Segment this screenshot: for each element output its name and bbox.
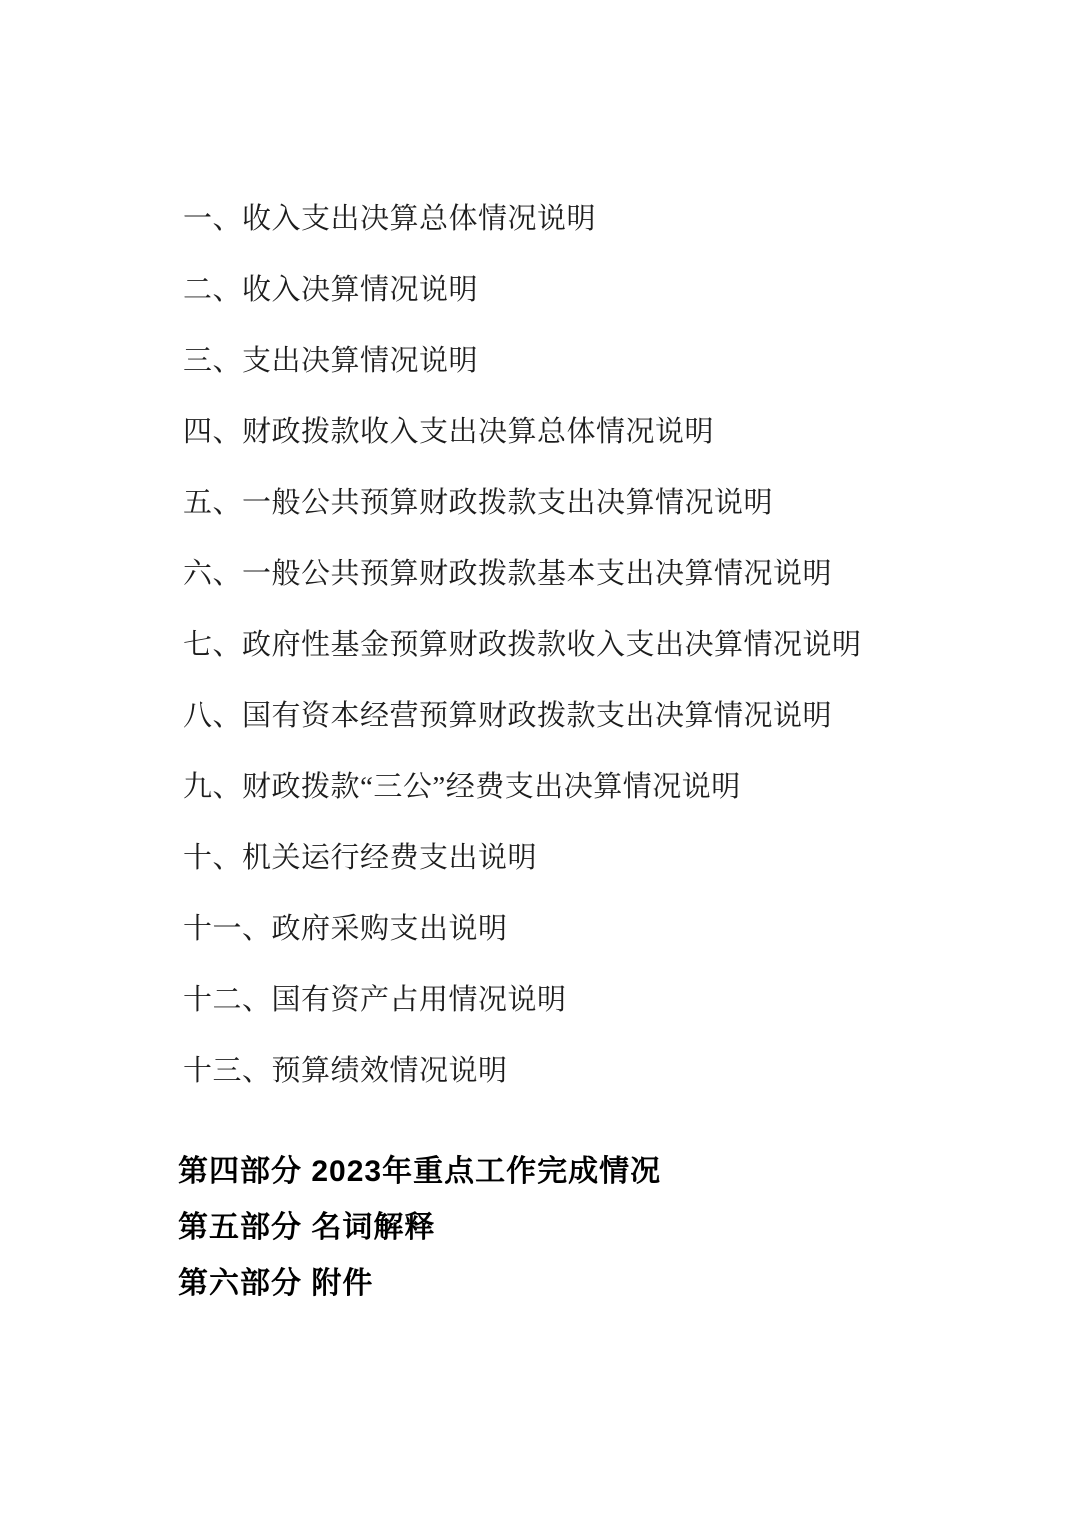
toc-list: 一、收入支出决算总体情况说明 二、收入决算情况说明 三、支出决算情况说明 四、财… (183, 184, 862, 1107)
document-page: 一、收入支出决算总体情况说明 二、收入决算情况说明 三、支出决算情况说明 四、财… (0, 0, 1074, 1520)
toc-item-4: 四、财政拨款收入支出决算总体情况说明 (183, 397, 862, 468)
toc-item-7: 七、政府性基金预算财政拨款收入支出决算情况说明 (183, 610, 862, 681)
section-heading-part4: 第四部分 2023年重点工作完成情况 (178, 1144, 661, 1200)
toc-item-5: 五、一般公共预算财政拨款支出决算情况说明 (183, 468, 862, 539)
toc-item-6: 六、一般公共预算财政拨款基本支出决算情况说明 (183, 539, 862, 610)
toc-item-13: 十三、预算绩效情况说明 (183, 1036, 862, 1107)
toc-item-3: 三、支出决算情况说明 (183, 326, 862, 397)
section-heading-part5: 第五部分 名词解释 (178, 1200, 661, 1256)
toc-item-11: 十一、政府采购支出说明 (183, 894, 862, 965)
section-heading-part6: 第六部分 附件 (178, 1256, 661, 1312)
toc-item-8: 八、国有资本经营预算财政拨款支出决算情况说明 (183, 681, 862, 752)
section-heading-group: 第四部分 2023年重点工作完成情况 第五部分 名词解释 第六部分 附件 (178, 1144, 661, 1312)
toc-item-9: 九、财政拨款“三公”经费支出决算情况说明 (183, 752, 862, 823)
toc-item-10: 十、机关运行经费支出说明 (183, 823, 862, 894)
toc-item-1: 一、收入支出决算总体情况说明 (183, 184, 862, 255)
toc-item-12: 十二、国有资产占用情况说明 (183, 965, 862, 1036)
toc-item-2: 二、收入决算情况说明 (183, 255, 862, 326)
